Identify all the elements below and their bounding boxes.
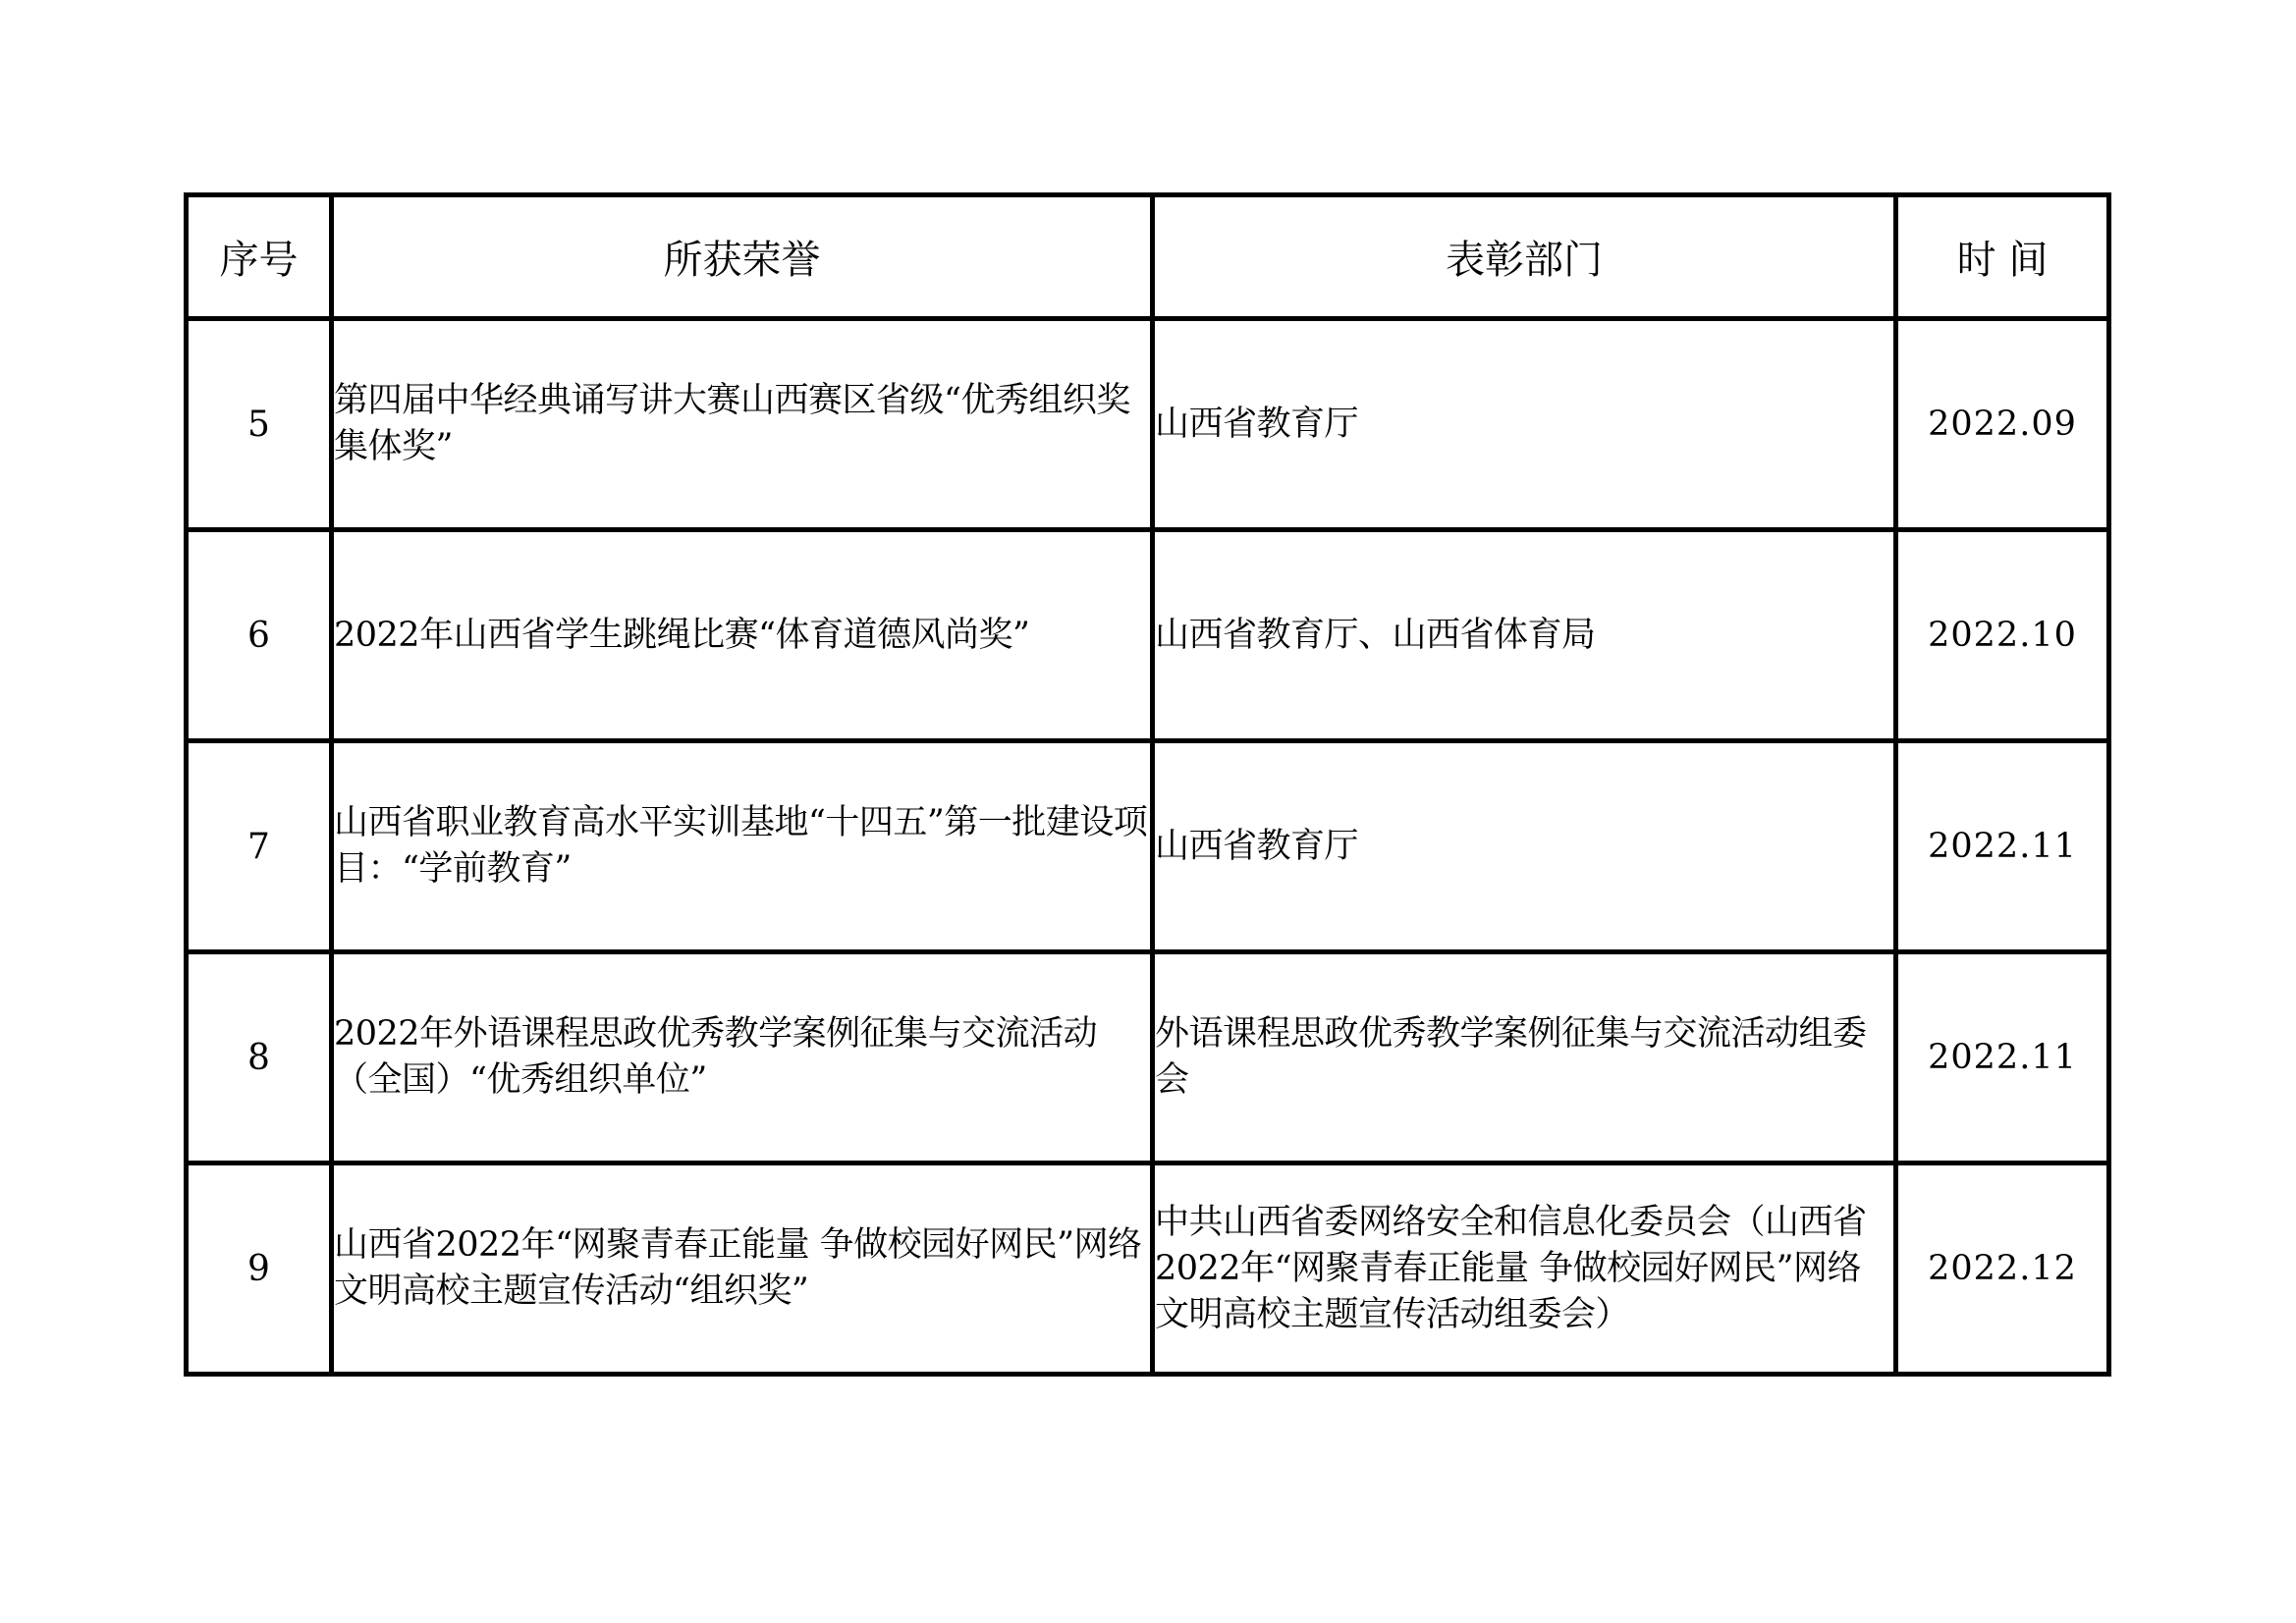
honor-cell: 山西省2022年“网聚青春正能量 争做校园好网民”网络文明高校主题宣传活动“组织… <box>332 1163 1153 1375</box>
date-cell: 2022.11 <box>1896 741 2109 952</box>
honor-cell: 第四届中华经典诵写讲大赛山西赛区省级“优秀组织奖集体奖” <box>332 319 1153 530</box>
date-cell: 2022.09 <box>1896 319 2109 530</box>
header-awarding-department: 表彰部门 <box>1153 195 1896 319</box>
header-honor: 所获荣誉 <box>332 195 1153 319</box>
table-row: 5 第四届中华经典诵写讲大赛山西赛区省级“优秀组织奖集体奖” 山西省教育厅 20… <box>187 319 2109 530</box>
header-date: 时 间 <box>1896 195 2109 319</box>
date-cell: 2022.12 <box>1896 1163 2109 1375</box>
document-page: 序号 所获荣誉 表彰部门 时 间 5 第四届中华经典诵写讲大赛山西赛区省级“优秀… <box>0 0 2296 1623</box>
table-row: 7 山西省职业教育高水平实训基地“十四五”第一批建设项目：“学前教育” 山西省教… <box>187 741 2109 952</box>
serial-number-cell: 8 <box>187 952 332 1163</box>
table-row: 6 2022年山西省学生跳绳比赛“体育道德风尚奖” 山西省教育厅、山西省体育局 … <box>187 530 2109 741</box>
serial-number-cell: 5 <box>187 319 332 530</box>
department-cell: 外语课程思政优秀教学案例征集与交流活动组委会 <box>1153 952 1896 1163</box>
department-cell: 山西省教育厅、山西省体育局 <box>1153 530 1896 741</box>
honor-cell: 山西省职业教育高水平实训基地“十四五”第一批建设项目：“学前教育” <box>332 741 1153 952</box>
serial-number-cell: 9 <box>187 1163 332 1375</box>
department-cell: 中共山西省委网络安全和信息化委员会（山西省2022年“网聚青春正能量 争做校园好… <box>1153 1163 1896 1375</box>
table-row: 8 2022年外语课程思政优秀教学案例征集与交流活动（全国）“优秀组织单位” 外… <box>187 952 2109 1163</box>
date-cell: 2022.11 <box>1896 952 2109 1163</box>
honor-cell: 2022年山西省学生跳绳比赛“体育道德风尚奖” <box>332 530 1153 741</box>
department-cell: 山西省教育厅 <box>1153 741 1896 952</box>
header-serial-number: 序号 <box>187 195 332 319</box>
serial-number-cell: 7 <box>187 741 332 952</box>
table-header-row: 序号 所获荣誉 表彰部门 时 间 <box>187 195 2109 319</box>
honors-table: 序号 所获荣誉 表彰部门 时 间 5 第四届中华经典诵写讲大赛山西赛区省级“优秀… <box>184 192 2111 1377</box>
date-cell: 2022.10 <box>1896 530 2109 741</box>
department-cell: 山西省教育厅 <box>1153 319 1896 530</box>
honor-cell: 2022年外语课程思政优秀教学案例征集与交流活动（全国）“优秀组织单位” <box>332 952 1153 1163</box>
serial-number-cell: 6 <box>187 530 332 741</box>
table-row: 9 山西省2022年“网聚青春正能量 争做校园好网民”网络文明高校主题宣传活动“… <box>187 1163 2109 1375</box>
